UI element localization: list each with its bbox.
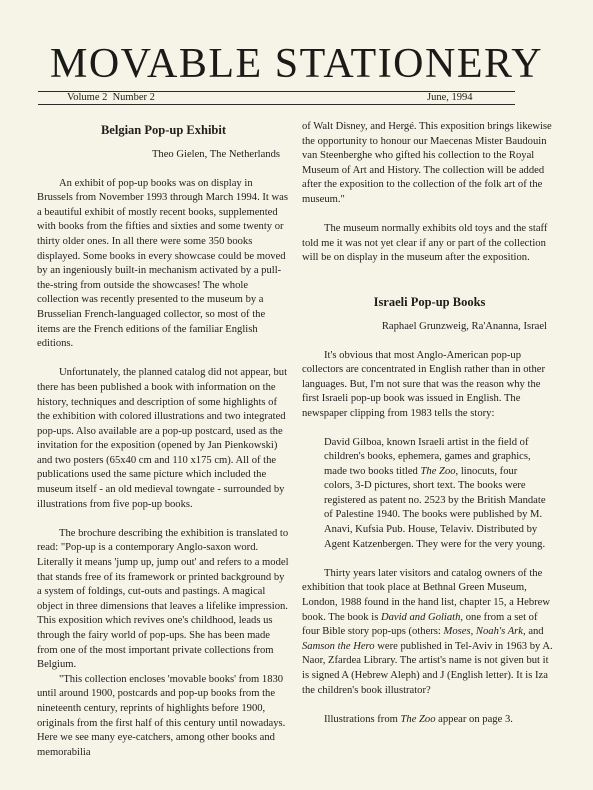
book-title: The Zoo (401, 714, 436, 725)
column-right: of Walt Disney, and Hergé. This expositi… (302, 120, 557, 727)
book-title: Moses (444, 626, 471, 637)
article-title-israeli: Israeli Pop-up Books (302, 294, 557, 310)
newsletter-title: MOVABLE STATIONERY (0, 40, 593, 88)
book-title: Samson the Hero (302, 641, 375, 652)
paragraph: It's obvious that most Anglo-American po… (302, 349, 557, 422)
article-title-belgian: Belgian Pop-up Exhibit (37, 122, 290, 138)
book-title: David and Goliath (381, 612, 460, 623)
paragraph-continued: of Walt Disney, and Hergé. This expositi… (302, 120, 557, 208)
quote-text: David Gilboa, known Israeli artist in th… (324, 436, 546, 553)
paragraph: Thirty years later visitors and catalog … (302, 567, 557, 698)
header-rule-bottom (38, 104, 515, 105)
issue-number: Volume 2 Number 2 (67, 92, 155, 104)
paragraph: "This collection encloses 'movable books… (37, 673, 290, 761)
illustration-note: Illustrations from The Zoo appear on pag… (302, 713, 557, 728)
paragraph: Unfortunately, the planned catalog did n… (37, 366, 290, 512)
column-left: Belgian Pop-up Exhibit Theo Gielen, The … (37, 120, 290, 760)
paragraph: The brochure describing the exhibition i… (37, 527, 290, 673)
book-title: The Zoo (421, 466, 456, 477)
newspaper-quote: David Gilboa, known Israeli artist in th… (324, 436, 546, 553)
article-byline-belgian: Theo Gielen, The Netherlands (37, 148, 290, 163)
paragraph: An exhibit of pop-up books was on displa… (37, 177, 290, 352)
issue-date: June, 1994 (427, 92, 473, 104)
book-title: Noah's Ark (476, 626, 523, 637)
paragraph: The museum normally exhibits old toys an… (302, 222, 557, 266)
article-byline-israeli: Raphael Grunzweig, Ra'Ananna, Israel (302, 320, 557, 335)
